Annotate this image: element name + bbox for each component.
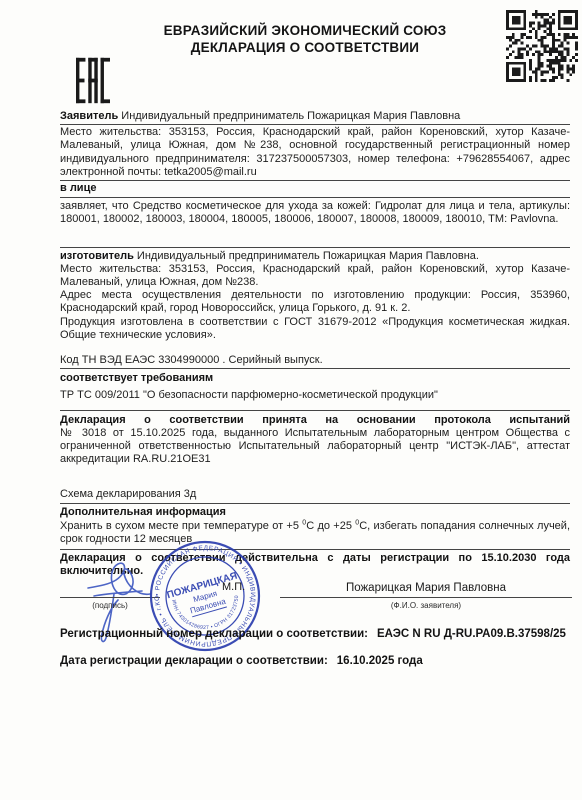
applicant-label: Заявитель <box>60 110 118 122</box>
manufacturer-label: изготовитель <box>60 250 134 262</box>
title-line-union: ЕВРАЗИЙСКИЙ ЭКОНОМИЧЕСКИЙ СОЮЗ <box>110 22 500 39</box>
manufacturer-line: изготовитель Индивидуальный предпринимат… <box>60 250 570 263</box>
applicant-line: Заявитель Индивидуальный предприниматель… <box>60 110 570 125</box>
basis-paragraph: № 3018 от 15.10.2025 года, выданного Исп… <box>60 427 570 467</box>
registration-date-label: Дата регистрации декларации о соответств… <box>60 655 328 667</box>
registration-number-label: Регистрационный номер декларации о соотв… <box>60 628 368 640</box>
registration-number-value: ЕАЭС N RU Д-RU.РА09.В.37598/25 <box>377 628 566 640</box>
complies-label: соответствует требованиям <box>60 372 570 385</box>
stamp-place-label: М.П. <box>222 581 245 594</box>
manufacturer-address: Место жительства: 353153, Россия, Красно… <box>60 263 570 289</box>
tnved-code-line: Код ТН ВЭД ЕАЭС 3304990000 . Серийный вы… <box>60 354 570 369</box>
registration-date-line: Дата регистрации декларации о соответств… <box>60 655 572 668</box>
title-line-declaration: ДЕКЛАРАЦИЯ О СООТВЕТСТВИИ <box>110 39 500 56</box>
basis-lead-line: Декларация о соответствии принята на осн… <box>60 414 570 427</box>
declares-paragraph: заявляет, что Средство косметическое для… <box>60 198 570 247</box>
applicant-name: Индивидуальный предприниматель Пожарицка… <box>121 110 460 122</box>
manufacturer-gost: Продукция изготовлена в соответствии с Г… <box>60 316 570 342</box>
regulation-line: ТР ТС 009/2011 "О безопасности парфюмерн… <box>60 389 570 410</box>
registration-date-value: 16.10.2025 года <box>337 655 423 667</box>
manufacturer-production-address: Адрес места осуществления деятельности п… <box>60 289 570 315</box>
eac-mark-icon <box>76 57 110 104</box>
qr-code <box>506 10 578 82</box>
storage-text-1: Хранить в сухом месте при температуре от… <box>60 520 302 532</box>
manufacturer-name: Индивидуальный предприниматель Пожарицка… <box>137 250 479 262</box>
signatory-name: Пожарицкая Мария Павловна <box>280 582 572 595</box>
in-person-label: в лице <box>60 181 570 198</box>
applicant-address: Место жительства: 353153, Россия, Красно… <box>60 126 570 181</box>
declaration-document: ЕВРАЗИЙСКИЙ ЭКОНОМИЧЕСКИЙ СОЮЗ ДЕКЛАРАЦИ… <box>0 0 582 800</box>
registration-number-line: Регистрационный номер декларации о соотв… <box>60 628 572 641</box>
basis-section: Декларация о соответствии принята на осн… <box>60 411 570 467</box>
storage-text-2: С до +25 <box>306 520 355 532</box>
signature-line <box>60 597 160 598</box>
document-body: Заявитель Индивидуальный предприниматель… <box>60 110 570 579</box>
signatory-name-caption: (Ф.И.О. заявителя) <box>280 599 572 612</box>
document-title: ЕВРАЗИЙСКИЙ ЭКОНОМИЧЕСКИЙ СОЮЗ ДЕКЛАРАЦИ… <box>110 22 500 56</box>
storage-conditions: Хранить в сухом месте при температуре от… <box>60 520 570 550</box>
manufacturer-section: изготовитель Индивидуальный предпринимат… <box>60 248 570 342</box>
scheme-line: Схема декларирования 3д <box>60 488 570 503</box>
signatory-name-line <box>280 597 572 598</box>
additional-info-label: Дополнительная информация <box>60 506 570 519</box>
